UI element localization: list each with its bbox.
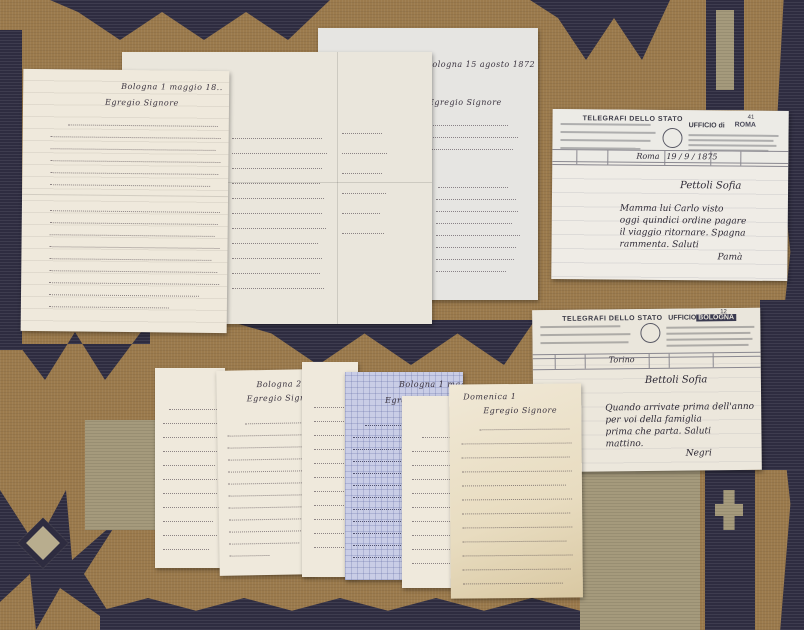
telegram-office-stamp: ROMA (735, 122, 756, 129)
handwritten-line (436, 246, 516, 248)
cell-divider (664, 151, 665, 165)
handwritten-line (342, 232, 384, 234)
fine-print (560, 139, 650, 142)
handwritten-line (353, 520, 403, 522)
paper-fold-line (22, 194, 228, 197)
handwritten-line (163, 520, 213, 522)
handwritten-line (245, 421, 305, 424)
telegram-message-line: oggi quindici ordine pagare (620, 216, 747, 227)
handwritten-line (50, 233, 215, 237)
rug-navy-band-top (50, 0, 330, 40)
letter-bottom-5[interactable]: Domenica 1 Egregio Signore (449, 383, 583, 598)
letter-top-left[interactable]: Bologna 1 maggio 18.. Egregio Signore (21, 69, 230, 333)
letter-heading: Bologna 15 agosto 1872 (426, 60, 535, 69)
handwritten-line (353, 508, 407, 510)
handwritten-line (163, 548, 209, 550)
coat-of-arms-emblem-icon (662, 128, 682, 148)
letter-heading: Domenica 1 (463, 392, 516, 401)
telegram-recipient: Pettoli Sofia (680, 180, 741, 192)
telegram-message-line: per voi della famiglia (605, 414, 702, 425)
handwritten-line (342, 172, 382, 174)
rug-navy-right-middle (760, 300, 804, 470)
handwritten-line (436, 234, 520, 236)
fine-print (689, 134, 779, 137)
handwritten-line (50, 245, 220, 249)
handwritten-line (353, 556, 401, 558)
cell-divider (740, 152, 741, 166)
fine-print (540, 325, 620, 328)
handwritten-line (51, 135, 221, 139)
telegram-signature: Negri (686, 448, 712, 458)
telegram-message-line: mattino. (606, 439, 644, 449)
handwritten-line (68, 123, 218, 127)
handwritten-line (50, 221, 218, 225)
handwritten-line (314, 518, 348, 520)
fine-print (688, 144, 776, 147)
handwritten-line (51, 147, 216, 151)
handwritten-line (342, 152, 387, 154)
handwritten-line (232, 182, 320, 184)
handwritten-line (462, 470, 572, 473)
handwritten-line (232, 137, 322, 139)
handwritten-line (428, 136, 518, 138)
cell-divider (607, 150, 608, 164)
handwritten-line (436, 222, 512, 224)
handwritten-line (428, 148, 513, 150)
handwritten-line (228, 469, 304, 472)
handwritten-line (463, 554, 573, 557)
cell-divider (555, 355, 556, 369)
handwritten-line (462, 456, 570, 459)
rug-sage-panel-left (85, 420, 155, 530)
handwritten-line (438, 186, 508, 188)
rug-navy-band-middle (225, 320, 535, 365)
handwritten-line (436, 270, 506, 272)
handwritten-line (229, 505, 309, 508)
handwritten-line (436, 258, 514, 260)
cell-divider (713, 353, 714, 367)
fine-print (666, 326, 754, 329)
handwritten-line (232, 272, 320, 274)
handwritten-line (314, 546, 344, 548)
handwritten-line (232, 287, 324, 289)
handwritten-line (163, 534, 217, 536)
handwritten-line (342, 132, 382, 134)
handwritten-line (50, 171, 218, 175)
handwritten-line (229, 554, 269, 557)
telegram-title: TELEGRAFI DELLO STATO (562, 315, 662, 323)
handwritten-line (228, 457, 308, 460)
handwritten-line (50, 209, 220, 213)
telegram-recipient: Bettoli Sofia (645, 374, 708, 386)
cell-divider (585, 355, 586, 369)
handwritten-line (228, 445, 306, 448)
handwritten-line (232, 167, 322, 169)
handwritten-line (342, 192, 386, 194)
handwritten-line (163, 450, 219, 452)
fine-print (561, 131, 656, 134)
telegram-message-line: Quando arrivate prima dell'anno (605, 402, 754, 414)
rug-sage-motif-right (716, 10, 734, 90)
handwritten-line (463, 582, 563, 585)
cell-divider (649, 354, 650, 368)
handwritten-line (163, 478, 219, 480)
handwritten-line (428, 124, 508, 126)
handwritten-line (163, 436, 217, 438)
handwritten-line (163, 492, 217, 494)
handwritten-line (232, 197, 324, 199)
handwritten-line (229, 529, 309, 532)
handwritten-line (49, 257, 211, 261)
letter-bottom-1[interactable] (155, 368, 225, 568)
letter-salutation: Egregio Signore (483, 406, 557, 416)
handwritten-line (353, 436, 407, 438)
telegram-message-line: Mamma lui Carlo visto (620, 204, 724, 215)
handwritten-line (229, 541, 299, 544)
handwritten-line (163, 506, 219, 508)
handwritten-line (462, 526, 572, 529)
handwritten-line (436, 210, 518, 212)
handwritten-line (462, 498, 572, 501)
handwritten-line (365, 424, 405, 426)
handwritten-line (462, 512, 570, 515)
handwritten-line (353, 484, 407, 486)
handwritten-line (228, 481, 308, 484)
rug-navy-bottom-strip (100, 598, 580, 630)
handwritten-line (49, 305, 169, 308)
telegram-info-row: Roma 19 / 9 / 1875 (552, 149, 788, 167)
handwritten-line (50, 183, 210, 187)
handwritten-line (49, 269, 217, 273)
fine-print (667, 344, 749, 347)
telegram-office-stamp: BOLOGNA (696, 314, 736, 321)
letter-salutation: Egregio Signore (105, 98, 179, 108)
handwritten-line (232, 227, 326, 229)
handwritten-line (227, 433, 307, 436)
letter-heading: Bologna 1 maggio 18.. (121, 82, 223, 92)
telegram-top-right[interactable]: TELEGRAFI DELLO STATO UFFICIO di 41 ROMA… (551, 109, 788, 281)
telegram-form-number: 41 (748, 115, 755, 121)
handwritten-line (436, 198, 516, 200)
telegram-message-line: il viaggio ritornare. Spagna (620, 228, 746, 239)
handwritten-line (163, 464, 215, 466)
handwritten-line (49, 281, 219, 285)
handwritten-line (353, 460, 407, 462)
handwritten-line (342, 212, 380, 214)
handwritten-line (49, 293, 199, 297)
handwritten-line (353, 472, 403, 474)
handwritten-line (353, 544, 405, 546)
handwritten-line (353, 496, 405, 498)
letter-salutation: Egregio Signore (428, 98, 502, 107)
handwritten-line (462, 442, 572, 445)
rug-navy-band-left (0, 30, 22, 350)
fine-print (688, 139, 773, 142)
fine-print (540, 333, 630, 336)
handwritten-line (353, 448, 405, 450)
handwritten-line (232, 257, 322, 259)
telegram-info-row: Torino (533, 352, 761, 370)
telegram-date: 19 / 9 / 1875 (666, 152, 717, 161)
telegram-message-line: rammenta. Saluti (620, 240, 699, 251)
handwritten-line (232, 242, 318, 244)
telegram-signature: Pamà (717, 252, 742, 262)
handwritten-line (229, 517, 303, 520)
handwritten-line (353, 532, 407, 534)
telegram-office-label: UFFICIO di (689, 122, 725, 129)
handwritten-line (479, 428, 569, 431)
handwritten-line (232, 212, 322, 214)
handwritten-line (50, 159, 220, 163)
handwritten-line (163, 422, 219, 424)
handwritten-line (462, 540, 566, 543)
paper-fold-line (337, 52, 338, 324)
cell-divider (669, 354, 670, 368)
handwritten-line (232, 152, 327, 154)
handwritten-line (463, 568, 571, 571)
telegram-message-line: prima che parta. Saluti (605, 426, 711, 437)
coat-of-arms-emblem-icon (640, 323, 660, 343)
fine-print (561, 123, 651, 126)
letter-bottom-2[interactable]: Bologna 2... Egregio Signore (216, 369, 316, 576)
rug-navy-band-top-right (530, 0, 670, 60)
handwritten-line (314, 462, 348, 464)
handwritten-line (462, 484, 566, 487)
fine-print (666, 338, 752, 341)
handwritten-line (228, 493, 306, 496)
rug-sage-panel-bottom-right (580, 470, 700, 630)
telegram-place: Torino (609, 355, 635, 364)
telegram-place: Roma (636, 152, 659, 161)
fine-print (540, 341, 628, 344)
handwritten-line (169, 408, 219, 410)
telegram-title: TELEGRAFI DELLO STATO (583, 115, 683, 123)
cell-divider (576, 150, 577, 164)
fine-print (666, 332, 750, 335)
